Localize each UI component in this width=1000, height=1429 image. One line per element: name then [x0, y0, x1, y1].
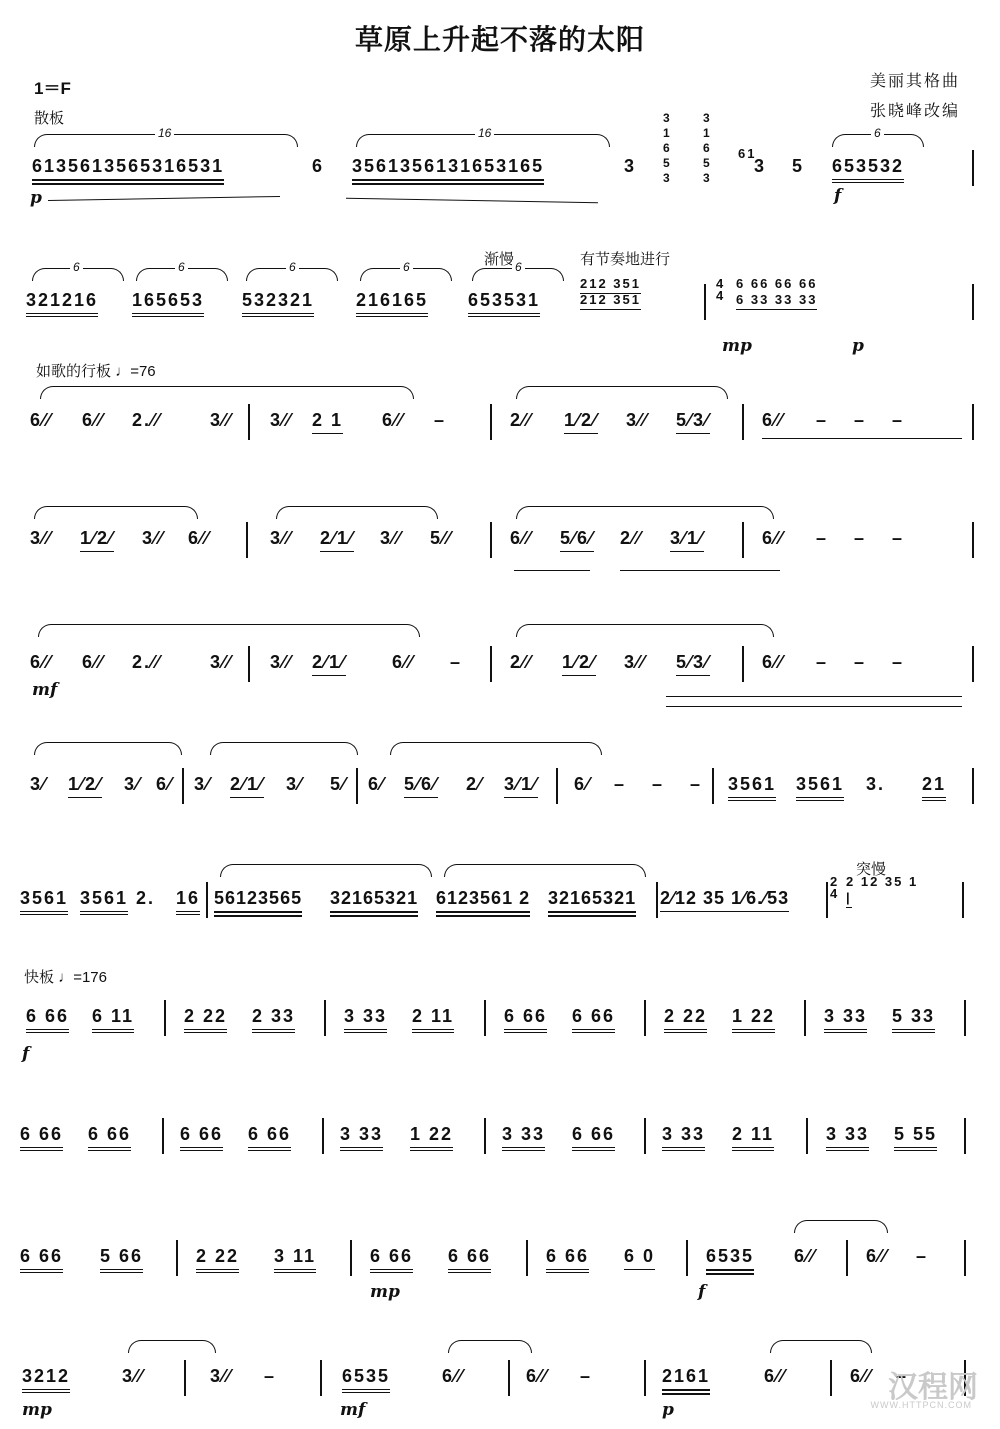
- arpeggio-chord: 3 1 6 5 3: [703, 111, 715, 186]
- watermark-url: WWW.HTTPCN.COM: [871, 1400, 972, 1410]
- gradual-slow-marking: 渐慢: [484, 248, 514, 269]
- dynamic-f: f: [834, 186, 841, 206]
- staff-line-1: 16 6135613565316531 6 16 356135613165316…: [20, 156, 972, 196]
- intro-marking: 散板: [34, 107, 64, 128]
- allegro-marking: 快板 ♩=176: [24, 966, 107, 987]
- staff-line-3: 6⁄⁄6⁄⁄2.⁄⁄3⁄⁄ 3⁄⁄2 16⁄⁄– 2⁄⁄1⁄2⁄3⁄⁄5⁄3⁄ …: [20, 410, 972, 450]
- staff-line-8: 6 666 11 2 222 33 3 332 11 6 666 66 2 22…: [20, 1006, 972, 1046]
- staff-line-6: 3⁄1⁄2⁄3⁄6⁄ 3⁄2⁄1⁄3⁄5⁄ 6⁄5⁄6⁄2⁄3⁄1⁄ 6⁄–––…: [20, 774, 972, 814]
- score-title: 草原上升起不落的太阳: [0, 18, 1000, 58]
- staff-line-9: 6 666 66 6 666 66 3 331 22 3 336 66 3 33…: [20, 1124, 972, 1164]
- composer-credit: 美丽其格曲: [870, 68, 960, 91]
- staff-line-2: 6 321216 6 165653 6 532321 6 216165 6 65…: [20, 290, 972, 330]
- rhythmic-marking: 有节奏地进行: [580, 248, 670, 269]
- note-group: 6135613565316531: [32, 156, 224, 185]
- arranger-credit: 张晓峰改编: [870, 98, 960, 121]
- cantabile-marking: 如歌的行板 ♩=76: [36, 360, 156, 381]
- dynamic-p: p: [30, 188, 42, 208]
- staff-line-10: 6 665 66 2 223 11 6 666 66 6 666 0 6535 …: [20, 1246, 972, 1286]
- staff-line-5: 6⁄⁄6⁄⁄2.⁄⁄3⁄⁄ 3⁄⁄2⁄1⁄6⁄⁄– 2⁄⁄1⁄2⁄3⁄⁄5⁄3⁄…: [20, 652, 972, 692]
- arpeggio-chord: 3 1 6 5 3: [663, 111, 675, 186]
- key-signature: 1＝F: [34, 74, 71, 99]
- staff-line-7: 3561 3561 2. 16 56123565 32165321 612356…: [20, 888, 972, 928]
- staff-line-11: 3212 3⁄⁄ 3⁄⁄– 6535 6⁄⁄ 6⁄⁄– 2161 6⁄⁄ 6⁄⁄…: [20, 1366, 972, 1406]
- staff-line-4: 3⁄⁄1⁄2⁄3⁄⁄6⁄⁄ 3⁄⁄2⁄1⁄3⁄⁄5⁄⁄ 6⁄⁄5⁄6⁄2⁄⁄3⁄…: [20, 528, 972, 568]
